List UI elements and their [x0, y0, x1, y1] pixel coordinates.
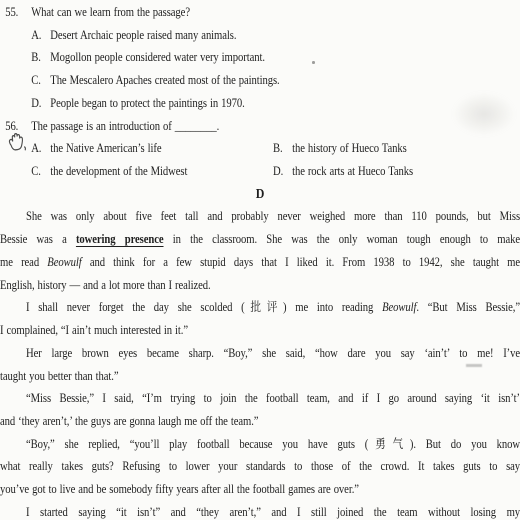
question-56-options-row-2: C.the development of the MidwestD.the ro…: [0, 160, 520, 183]
text-run: English, history — and a lot more than I…: [0, 278, 211, 292]
passage-line: She was only about five feet tall and pr…: [0, 205, 520, 228]
question-56-option-d: D.the rock arts at Hueco Tanks: [273, 160, 413, 183]
text-run: me read: [0, 255, 47, 269]
passage-line: “Miss Bessie,” I said, “I’m trying to jo…: [0, 387, 520, 410]
question-56-option-b: B.the history of Hueco Tanks: [273, 137, 407, 160]
grab-hand-cursor-icon: [5, 128, 30, 161]
passage-line: English, history — and a lot more than I…: [0, 274, 520, 297]
text-run: in the classroom. She was the only woman…: [164, 232, 520, 246]
option-label: C.: [31, 160, 50, 183]
passage-line: I shall never forget the day she scolded…: [0, 296, 520, 319]
text-run: I complained, “I ain’t much interested i…: [0, 323, 188, 337]
text-run: and think for a few stupid days that I l…: [82, 255, 520, 269]
page-content: 55.What can we learn from the passage? A…: [0, 1, 520, 520]
passage-line: you’ve got to live and be somebody fifty…: [0, 478, 520, 501]
option-label: B.: [31, 46, 50, 69]
question-55-option-d: D.People began to protect the paintings …: [0, 92, 520, 115]
question-56: 56.The passage is an introduction of ___…: [0, 115, 520, 138]
passage-line: Bessie was a towering presence in the cl…: [0, 228, 520, 251]
passage-line: I started saying “it isn’t” and “they ar…: [0, 501, 520, 520]
option-label: A.: [31, 137, 50, 160]
option-label: B.: [273, 137, 292, 160]
option-text: Mogollon people considered water very im…: [50, 50, 265, 64]
passage-body: She was only about five feet tall and pr…: [0, 205, 520, 520]
question-55: 55.What can we learn from the passage?: [0, 1, 520, 24]
option-text: the rock arts at Hueco Tanks: [292, 164, 413, 178]
emphasized-text-run: Beowulf: [47, 255, 81, 269]
passage-section-heading: D: [0, 183, 520, 206]
question-number: 55.: [5, 1, 31, 24]
text-run: and ‘they aren’t,’ the guys are gonna la…: [0, 414, 258, 428]
option-label: A.: [31, 24, 50, 47]
scanned-exam-page: 55.What can we learn from the passage? A…: [0, 0, 520, 520]
question-text-with-blank: The passage is an introduction of ______…: [31, 119, 219, 133]
question-56-option-c: C.the development of the Midwest: [31, 160, 273, 183]
option-label: D.: [273, 160, 292, 183]
question-56-option-a: A.the Native American’s life: [31, 137, 273, 160]
question-55-option-a: A.Desert Archaic people raised many anim…: [0, 24, 520, 47]
text-run: I shall never forget the day she scolded…: [26, 300, 382, 314]
text-run: you’ve got to live and be somebody fifty…: [0, 482, 359, 496]
option-text: the development of the Midwest: [50, 164, 187, 178]
option-text: People began to protect the paintings in…: [50, 96, 244, 110]
question-text: What can we learn from the passage?: [31, 5, 190, 19]
emphasized-text-run: Beowulf: [382, 300, 416, 314]
passage-line: I complained, “I ain’t much interested i…: [0, 319, 520, 342]
option-text: Desert Archaic people raised many animal…: [50, 28, 236, 42]
text-run: what really takes guts? Refusing to lowe…: [0, 459, 520, 473]
passage-line: “Boy,” she replied, “you’ll play footbal…: [0, 433, 520, 456]
passage-line: and ‘they aren’t,’ the guys are gonna la…: [0, 410, 520, 433]
text-run: “Boy,” she replied, “you’ll play footbal…: [26, 437, 520, 451]
passage-line: taught you better than that.”: [0, 365, 520, 388]
passage-line: Her large brown eyes became sharp. “Boy,…: [0, 342, 520, 365]
option-text: the Native American’s life: [50, 141, 161, 155]
text-run: “Miss Bessie,” I said, “I’m trying to jo…: [26, 391, 520, 405]
question-55-option-b: B.Mogollon people considered water very …: [0, 46, 520, 69]
option-label: D.: [31, 92, 50, 115]
text-run: I started saying “it isn’t” and “they ar…: [26, 505, 520, 519]
option-text: the history of Hueco Tanks: [292, 141, 407, 155]
option-label: C.: [31, 69, 50, 92]
text-run: Her large brown eyes became sharp. “Boy,…: [26, 346, 520, 360]
question-56-options-row-1: A.the Native American’s lifeB.the histor…: [0, 137, 520, 160]
question-55-option-c: C.The Mescalero Apaches created most of …: [0, 69, 520, 92]
text-run: . “But Miss Bessie,”: [416, 300, 520, 314]
text-run: taught you better than that.”: [0, 369, 118, 383]
option-text: The Mescalero Apaches created most of th…: [50, 73, 279, 87]
passage-line: me read Beowulf and think for a few stup…: [0, 251, 520, 274]
emphasized-text-run: towering presence: [76, 232, 164, 246]
passage-line: what really takes guts? Refusing to lowe…: [0, 455, 520, 478]
text-run: She was only about five feet tall and pr…: [26, 209, 520, 223]
text-run: Bessie was a: [0, 232, 76, 246]
